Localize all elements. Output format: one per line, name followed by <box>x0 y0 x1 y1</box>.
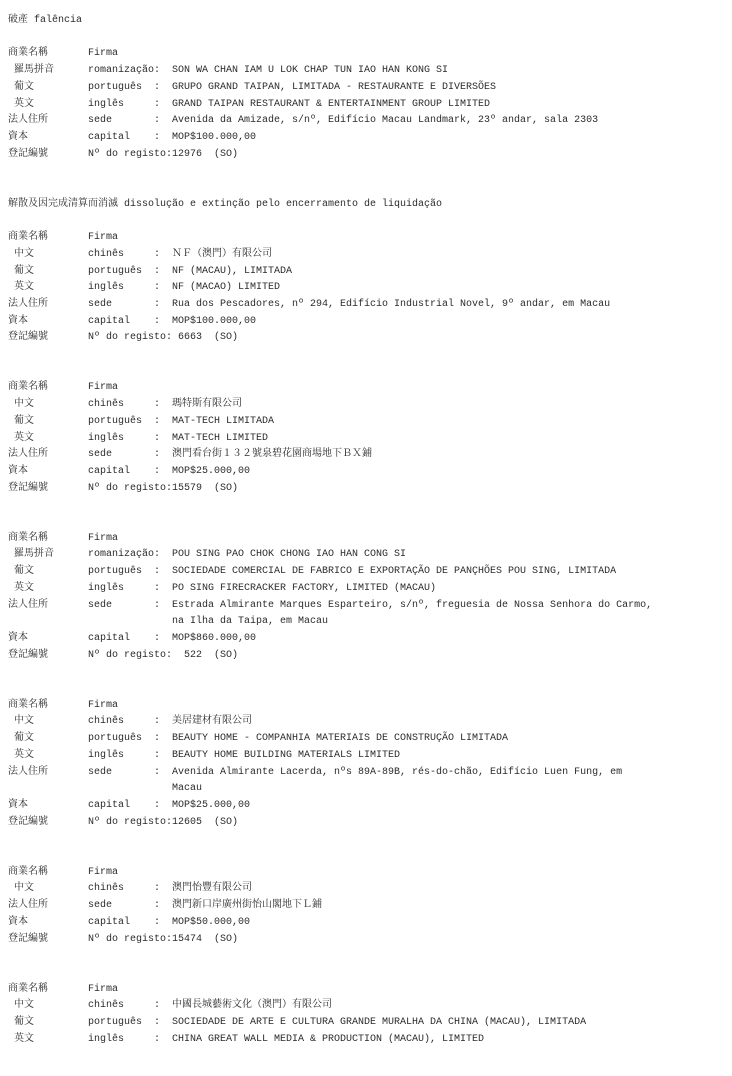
label-chinese: 法人住所 <box>8 598 88 615</box>
label-portuguese: sede : <box>88 447 172 464</box>
label-portuguese: chinês : <box>88 247 172 264</box>
label-portuguese: sede : <box>88 113 172 130</box>
label-portuguese: inglês : <box>88 280 172 297</box>
label-chinese: 法人住所 <box>8 297 88 314</box>
record-row: 英文 inglês : GRAND TAIPAN RESTAURANT & EN… <box>8 97 724 114</box>
label-chinese: 英文 <box>8 97 88 114</box>
field-value: ＮＦ（澳門）有限公司 <box>172 247 724 264</box>
label-chinese: 資本 <box>8 631 88 648</box>
label-portuguese: Firma <box>88 46 172 63</box>
record-row: 登記編號 Nº do registo: 15579 (SO) <box>8 481 724 498</box>
field-value: 澳門看台街１３２號泉碧花園商場地下ＢＸ鋪 <box>172 447 724 464</box>
record-row: 中文 chinês : 澳門怡豐有限公司 <box>8 881 724 898</box>
label-portuguese: capital : <box>88 464 172 481</box>
field-value: 522 (SO) <box>172 648 724 665</box>
label-chinese: 商業名稱 <box>8 380 88 397</box>
label-portuguese: chinês : <box>88 714 172 731</box>
record-row: 登記編號 Nº do registo: 15474 (SO) <box>8 932 724 949</box>
label-chinese: 中文 <box>8 998 88 1015</box>
record-row: 資本 capital : MOP$100.000,00 <box>8 130 724 147</box>
record-row: 英文 inglês : PO SING FIRECRACKER FACTORY,… <box>8 581 724 598</box>
label-chinese: 登記編號 <box>8 330 88 347</box>
label-chinese: 法人住所 <box>8 898 88 915</box>
label-portuguese: Nº do registo: <box>88 147 172 164</box>
record-row: 中文 chinês : 美居建材有限公司 <box>8 714 724 731</box>
record-rows: 商業名稱 Firma 羅馬拼音 romanização: SON WA CHAN… <box>8 46 724 163</box>
label-chinese: 資本 <box>8 915 88 932</box>
record-row: 法人住所 sede : Avenida da Amizade, s/nº, Ed… <box>8 113 724 130</box>
document-page: 破產 falência 商業名稱 Firma <box>0 0 732 1076</box>
record-row: 葡文 português : MAT-TECH LIMITADA <box>8 414 724 431</box>
company-record: 商業名稱 Firma 中文 chinês : 澳門怡豐有限公司 <box>8 865 724 949</box>
label-portuguese: capital : <box>88 314 172 331</box>
field-value: 15579 (SO) <box>172 481 724 498</box>
label-chinese: 資本 <box>8 798 88 815</box>
label-portuguese: Nº do registo: <box>88 648 172 665</box>
label-portuguese: Firma <box>88 230 172 247</box>
section-heading: 解散及因完成清算而消滅 dissolução e extinção pelo e… <box>8 197 724 214</box>
record-row: 商業名稱 Firma <box>8 982 724 999</box>
section-heading: 破產 falência <box>8 13 724 30</box>
record-row: 商業名稱 Firma <box>8 380 724 397</box>
record-row: 資本 capital : MOP$100.000,00 <box>8 314 724 331</box>
label-chinese: 英文 <box>8 280 88 297</box>
label-chinese: 葡文 <box>8 414 88 431</box>
company-record: 商業名稱 Firma 中文 chinês : 美居建材有限公司 <box>8 698 724 832</box>
label-chinese: 資本 <box>8 464 88 481</box>
field-value: 6663 (SO) <box>172 330 724 347</box>
label-portuguese: inglês : <box>88 97 172 114</box>
record-row: 資本 capital : MOP$50.000,00 <box>8 915 724 932</box>
label-chinese: 英文 <box>8 1032 88 1049</box>
record-row: 葡文 português : NF (MACAU), LIMITADA <box>8 264 724 281</box>
label-chinese: 中文 <box>8 247 88 264</box>
label-chinese: 登記編號 <box>8 648 88 665</box>
field-value: MOP$25.000,00 <box>172 798 724 815</box>
label-portuguese: português : <box>88 731 172 748</box>
field-value: 澳門怡豐有限公司 <box>172 881 724 898</box>
record-row: 英文 inglês : BEAUTY HOME BUILDING MATERIA… <box>8 748 724 765</box>
label-chinese: 中文 <box>8 397 88 414</box>
label-portuguese: português : <box>88 1015 172 1032</box>
records-container: 商業名稱 Firma 中文 chinês : ＮＦ（澳門）有限公司 <box>8 230 724 1048</box>
label-chinese: 登記編號 <box>8 815 88 832</box>
label-chinese: 葡文 <box>8 1015 88 1032</box>
field-value: MOP$100.000,00 <box>172 130 724 147</box>
label-portuguese: capital : <box>88 798 172 815</box>
label-portuguese: Nº do registo: <box>88 481 172 498</box>
label-chinese: 商業名稱 <box>8 982 88 999</box>
label-portuguese: chinês : <box>88 998 172 1015</box>
label-portuguese: inglês : <box>88 581 172 598</box>
record-row: 登記編號 Nº do registo: 12976 (SO) <box>8 147 724 164</box>
record-row: 法人住所 sede : 澳門新口岸廣州街怡山閣地下Ｌ鋪 <box>8 898 724 915</box>
registry-section: 破產 falência 商業名稱 Firma <box>8 13 724 163</box>
field-value: MAT-TECH LIMITED <box>172 431 724 448</box>
label-portuguese: Firma <box>88 698 172 715</box>
record-row: 法人住所 sede : Avenida Almirante Lacerda, n… <box>8 765 724 798</box>
company-record: 商業名稱 Firma 中文 chinês : 中國長城藝術文化（澳門）有限公司 <box>8 982 724 1049</box>
record-rows: 商業名稱 Firma 中文 chinês : ＮＦ（澳門）有限公司 <box>8 230 724 347</box>
label-portuguese: romanização: <box>88 547 172 564</box>
record-row: 中文 chinês : ＮＦ（澳門）有限公司 <box>8 247 724 264</box>
field-value: Avenida Almirante Lacerda, nºs 89A-89B, … <box>172 765 724 798</box>
field-value: 瑪特斯有限公司 <box>172 397 724 414</box>
label-chinese: 葡文 <box>8 564 88 581</box>
label-portuguese: Nº do registo: <box>88 815 172 832</box>
record-row: 中文 chinês : 瑪特斯有限公司 <box>8 397 724 414</box>
field-value: GRUPO GRAND TAIPAN, LIMITADA - RESTAURAN… <box>172 80 724 97</box>
label-chinese: 英文 <box>8 581 88 598</box>
label-portuguese: capital : <box>88 130 172 147</box>
record-row: 中文 chinês : 中國長城藝術文化（澳門）有限公司 <box>8 998 724 1015</box>
record-row: 法人住所 sede : 澳門看台街１３２號泉碧花園商場地下ＢＸ鋪 <box>8 447 724 464</box>
field-value: BEAUTY HOME BUILDING MATERIALS LIMITED <box>172 748 724 765</box>
label-chinese: 資本 <box>8 314 88 331</box>
record-row: 葡文 português : SOCIEDADE DE ARTE E CULTU… <box>8 1015 724 1032</box>
field-value: SON WA CHAN IAM U LOK CHAP TUN IAO HAN K… <box>172 63 724 80</box>
company-record: 商業名稱 Firma 羅馬拼音 romanização: SON WA CHAN… <box>8 46 724 163</box>
label-chinese: 中文 <box>8 714 88 731</box>
company-record: 商業名稱 Firma 羅馬拼音 romanização: POU SING PA… <box>8 531 724 665</box>
record-row: 登記編號 Nº do registo: 12605 (SO) <box>8 815 724 832</box>
record-row: 商業名稱 Firma <box>8 698 724 715</box>
record-row: 商業名稱 Firma <box>8 230 724 247</box>
company-record: 商業名稱 Firma 中文 chinês : 瑪特斯有限公司 <box>8 380 724 497</box>
label-chinese: 商業名稱 <box>8 230 88 247</box>
label-portuguese: Nº do registo: <box>88 330 172 347</box>
field-value: GRAND TAIPAN RESTAURANT & ENTERTAINMENT … <box>172 97 724 114</box>
record-row: 英文 inglês : CHINA GREAT WALL MEDIA & PRO… <box>8 1032 724 1049</box>
record-row: 資本 capital : MOP$860.000,00 <box>8 631 724 648</box>
label-portuguese: sede : <box>88 765 172 782</box>
records-container: 商業名稱 Firma 羅馬拼音 romanização: SON WA CHAN… <box>8 46 724 163</box>
label-portuguese: capital : <box>88 915 172 932</box>
label-portuguese: Firma <box>88 865 172 882</box>
label-portuguese: sede : <box>88 598 172 615</box>
record-row: 羅馬拼音 romanização: SON WA CHAN IAM U LOK … <box>8 63 724 80</box>
field-value: SOCIEDADE DE ARTE E CULTURA GRANDE MURAL… <box>172 1015 724 1032</box>
label-portuguese: Firma <box>88 531 172 548</box>
label-portuguese: romanização: <box>88 63 172 80</box>
label-portuguese: inglês : <box>88 1032 172 1049</box>
label-portuguese: sede : <box>88 898 172 915</box>
field-value: MOP$50.000,00 <box>172 915 724 932</box>
field-value: Avenida da Amizade, s/nº, Edifício Macau… <box>172 113 724 130</box>
label-chinese: 英文 <box>8 431 88 448</box>
record-row: 商業名稱 Firma <box>8 865 724 882</box>
field-value: NF (MACAU), LIMITADA <box>172 264 724 281</box>
label-portuguese: chinês : <box>88 881 172 898</box>
label-portuguese: Firma <box>88 982 172 999</box>
label-chinese: 登記編號 <box>8 932 88 949</box>
registry-section: 解散及因完成清算而消滅 dissolução e extinção pelo e… <box>8 197 724 1049</box>
record-row: 英文 inglês : MAT-TECH LIMITED <box>8 431 724 448</box>
field-value: Estrada Almirante Marques Esparteiro, s/… <box>172 598 724 631</box>
field-value: MOP$100.000,00 <box>172 314 724 331</box>
field-value: 12605 (SO) <box>172 815 724 832</box>
label-chinese: 英文 <box>8 748 88 765</box>
record-row: 商業名稱 Firma <box>8 46 724 63</box>
field-value: 15474 (SO) <box>172 932 724 949</box>
label-portuguese: português : <box>88 414 172 431</box>
record-row: 葡文 português : SOCIEDADE COMERCIAL DE FA… <box>8 564 724 581</box>
record-row: 資本 capital : MOP$25.000,00 <box>8 464 724 481</box>
label-chinese: 商業名稱 <box>8 865 88 882</box>
label-chinese: 葡文 <box>8 731 88 748</box>
label-chinese: 中文 <box>8 881 88 898</box>
record-rows: 商業名稱 Firma 中文 chinês : 澳門怡豐有限公司 <box>8 865 724 949</box>
field-value: 澳門新口岸廣州街怡山閣地下Ｌ鋪 <box>172 898 724 915</box>
label-chinese: 資本 <box>8 130 88 147</box>
label-chinese: 法人住所 <box>8 113 88 130</box>
sections-container: 破產 falência 商業名稱 Firma <box>8 13 724 1048</box>
company-record: 商業名稱 Firma 中文 chinês : ＮＦ（澳門）有限公司 <box>8 230 724 347</box>
label-chinese: 商業名稱 <box>8 46 88 63</box>
field-value: Rua dos Pescadores, nº 294, Edifício Ind… <box>172 297 724 314</box>
label-chinese: 葡文 <box>8 80 88 97</box>
label-portuguese: português : <box>88 80 172 97</box>
record-row: 資本 capital : MOP$25.000,00 <box>8 798 724 815</box>
label-portuguese: Nº do registo: <box>88 932 172 949</box>
label-portuguese: inglês : <box>88 748 172 765</box>
label-portuguese: chinês : <box>88 397 172 414</box>
label-chinese: 羅馬拼音 <box>8 547 88 564</box>
label-portuguese: sede : <box>88 297 172 314</box>
record-row: 法人住所 sede : Estrada Almirante Marques Es… <box>8 598 724 631</box>
field-value: MAT-TECH LIMITADA <box>172 414 724 431</box>
label-chinese: 商業名稱 <box>8 531 88 548</box>
record-row: 商業名稱 Firma <box>8 531 724 548</box>
label-portuguese: português : <box>88 264 172 281</box>
field-value: NF (MACAO) LIMITED <box>172 280 724 297</box>
record-rows: 商業名稱 Firma 中文 chinês : 中國長城藝術文化（澳門）有限公司 <box>8 982 724 1049</box>
label-portuguese: Firma <box>88 380 172 397</box>
record-row: 葡文 português : BEAUTY HOME - COMPANHIA M… <box>8 731 724 748</box>
record-row: 英文 inglês : NF (MACAO) LIMITED <box>8 280 724 297</box>
label-chinese: 登記編號 <box>8 147 88 164</box>
record-row: 羅馬拼音 romanização: POU SING PAO CHOK CHON… <box>8 547 724 564</box>
label-portuguese: capital : <box>88 631 172 648</box>
field-value: POU SING PAO CHOK CHONG IAO HAN CONG SI <box>172 547 724 564</box>
record-rows: 商業名稱 Firma 中文 chinês : 美居建材有限公司 <box>8 698 724 832</box>
label-portuguese: inglês : <box>88 431 172 448</box>
field-value: 中國長城藝術文化（澳門）有限公司 <box>172 998 724 1015</box>
record-row: 法人住所 sede : Rua dos Pescadores, nº 294, … <box>8 297 724 314</box>
record-rows: 商業名稱 Firma 中文 chinês : 瑪特斯有限公司 <box>8 380 724 497</box>
record-row: 葡文 português : GRUPO GRAND TAIPAN, LIMIT… <box>8 80 724 97</box>
label-portuguese: português : <box>88 564 172 581</box>
record-row: 登記編號 Nº do registo: 522 (SO) <box>8 648 724 665</box>
label-chinese: 商業名稱 <box>8 698 88 715</box>
field-value: 美居建材有限公司 <box>172 714 724 731</box>
label-chinese: 法人住所 <box>8 447 88 464</box>
field-value: SOCIEDADE COMERCIAL DE FABRICO E EXPORTA… <box>172 564 724 581</box>
label-chinese: 登記編號 <box>8 481 88 498</box>
record-row: 登記編號 Nº do registo: 6663 (SO) <box>8 330 724 347</box>
field-value: PO SING FIRECRACKER FACTORY, LIMITED (MA… <box>172 581 724 598</box>
field-value: MOP$25.000,00 <box>172 464 724 481</box>
label-chinese: 葡文 <box>8 264 88 281</box>
field-value: MOP$860.000,00 <box>172 631 724 648</box>
field-value: BEAUTY HOME - COMPANHIA MATERIAIS DE CON… <box>172 731 724 748</box>
record-rows: 商業名稱 Firma 羅馬拼音 romanização: POU SING PA… <box>8 531 724 665</box>
label-chinese: 羅馬拼音 <box>8 63 88 80</box>
label-chinese: 法人住所 <box>8 765 88 782</box>
field-value: CHINA GREAT WALL MEDIA & PRODUCTION (MAC… <box>172 1032 724 1049</box>
field-value: 12976 (SO) <box>172 147 724 164</box>
